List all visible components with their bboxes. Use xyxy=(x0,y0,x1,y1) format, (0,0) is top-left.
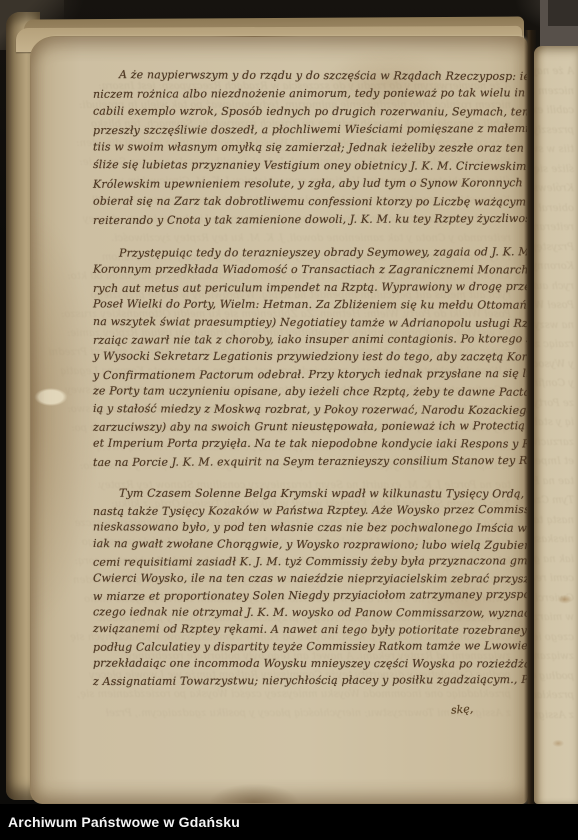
handwriting-line: w miarze et proportionatey Solen Niegdy … xyxy=(93,586,525,605)
handwriting-line: et Imperium Porta przyięła. Na te tak ni… xyxy=(93,435,525,453)
bleedthrough-line: ze Porty tam uczynieniu opisane, aby ież… xyxy=(534,394,574,414)
bleedthrough-line: A że naypierwszym y do rządu y do szczęś… xyxy=(534,62,574,82)
bleedthrough-line: tae na Porcie J. K. M. exquirit na Seym … xyxy=(534,472,574,492)
bleedthrough-line: zarzuciwszy) aby na swoich Grunt nieustę… xyxy=(534,433,574,453)
handwriting-line: Tym Czasem Solenne Belga Krymski wpadł w… xyxy=(93,485,525,503)
caption-bar: Archiwum Państwowe w Gdańsku xyxy=(0,804,578,840)
next-page-sliver: A że naypierwszym y do rządu y do szczęś… xyxy=(534,46,578,804)
handwriting-line: ze Porty tam uczynieniu opisane, aby ież… xyxy=(93,383,525,402)
handwriting-line: tae na Porcie J. K. M. exquirit na Seym … xyxy=(93,452,525,472)
handwriting-line: zarzuciwszy) aby na swoich Grunt nieustę… xyxy=(93,417,525,436)
bleedthrough-line: na wszytek świat praesumptiey) Negotiati… xyxy=(534,316,574,336)
handwriting-line: y Wysocki Sekretarz Legationis przywiedz… xyxy=(93,348,525,366)
handwriting-line: przeszły szczęśliwie doszedł, a płochliw… xyxy=(93,120,525,140)
manuscript-page: A że naypierwszym y do rządu y do szczęś… xyxy=(30,36,528,804)
handwriting-line: na wszytek świat praesumptiey) Negotiati… xyxy=(93,313,525,332)
bleedthrough-line: rych aut metus aut periculum impendet na… xyxy=(534,277,574,297)
handwriting-line: śliże się lubietas przyznaniey Vestigium… xyxy=(93,156,525,176)
handwriting-line: rzaiąc zawarł nie tak z choroby, iako in… xyxy=(93,330,525,349)
handwriting-line: rych aut metus aut periculum impendet na… xyxy=(93,278,525,298)
bleedthrough-line: y Wysocki Sekretarz Legationis przywiedz… xyxy=(534,355,574,375)
bleedthrough-line: tiis w swoim własnym omyłką się zamierza… xyxy=(534,140,574,160)
handwriting-line: Cwierci Woysko, ile na ten czas w naieźd… xyxy=(93,570,525,588)
handwriting-line: czego iednak nie otrzymał J. K. M. woysk… xyxy=(93,604,525,622)
bleedthrough-line: Królewskim upewnieniem resolute, y zgła,… xyxy=(534,179,574,199)
bleedthrough-line: et Imperium Porta przyięła. Na te tak ni… xyxy=(534,452,574,472)
bleedthrough-line: iak na gwałt zwołane Chorągwie, y Woysko… xyxy=(534,550,574,570)
bleedthrough-line: Koronnym przedkłada Wiadomość o Transact… xyxy=(534,257,574,277)
handwriting-line: nieskassowano było, y pod ten własnie cz… xyxy=(93,519,525,537)
handwriting-line: Przystępuiąc tedy do teraznieyszey obrad… xyxy=(93,243,525,262)
handwriting-line: iak na gwałt zwołane Chorągwie, y Woysko… xyxy=(93,535,525,554)
handwriting-line: A że naypierwszym y do rządu y do szczęś… xyxy=(93,66,525,86)
handwriting-line: podług Calculatiey y dispartity teyże Co… xyxy=(93,638,525,657)
bleedthrough-line: podług Calculatiey y dispartity teyże Co… xyxy=(534,667,574,687)
bleedthrough-line: cemi requisitiami zasiadł K. J. M. tyż C… xyxy=(534,569,574,589)
handwriting-line: y Confirmationem Pactorum odebrał. Przy … xyxy=(93,365,525,385)
bleedthrough-line: z Assignatiami Towarzystwu; nierychłości… xyxy=(41,704,511,723)
bleedthrough-line: w miarze et proportionatey Solen Niegdy … xyxy=(534,608,574,628)
bleedthrough-line: cabili exemplo wzrok, Sposób iednych po … xyxy=(534,101,574,121)
bleedthrough-line: z Assignatiami Towarzystwu; nierychłości… xyxy=(534,706,574,726)
paragraph: A że naypierwszym y do rządu y do szczęś… xyxy=(93,67,525,229)
handwriting-line: reiterando y Cnota y tak zamienione dowo… xyxy=(93,210,525,230)
handwriting-line: cemi requisitiami zasiadł K. J. M. tyż C… xyxy=(93,553,525,572)
handwriting-line: z Assignatiami Towarzystwu; nierychłości… xyxy=(93,671,525,690)
handwriting-line: obierał się na Zarz tak dobrotliwemu con… xyxy=(93,193,525,212)
archive-watermark-text: Archiwum Państwowe w Gdańsku xyxy=(0,814,240,830)
paragraph: Przystępuiąc tedy do teraznieyszey obrad… xyxy=(93,244,525,470)
handwriting-line: Koronnym przedkłada Wiadomość o Transact… xyxy=(93,261,525,279)
bleedthrough-line: nastą także Tysięcy Kozaków w Państwa Rz… xyxy=(534,511,574,531)
bleedthrough-line: Tym Czasem Solenne Belga Krymski wpadł w… xyxy=(534,491,574,511)
next-page-bleedthrough: A że naypierwszym y do rządu y do szczęś… xyxy=(534,62,574,725)
bleedthrough-line: przeszły szczęśliwie doszedł, a płochliw… xyxy=(534,121,574,141)
catchword: skę, xyxy=(451,702,474,717)
book-block-edge-dark xyxy=(548,0,578,26)
bleedthrough-line: czego iednak nie otrzymał J. K. M. woysk… xyxy=(534,628,574,648)
bleedthrough-line: Przystępuiąc tedy do teraznieyszey obrad… xyxy=(534,238,574,258)
bleedthrough-line: nieskassowano było, y pod ten własnie cz… xyxy=(534,530,574,550)
handwriting-line: Królewskim upewnieniem resolute, y zgła,… xyxy=(93,174,525,194)
handwriting-line: przekładaiąc one incommoda Woysku mnieys… xyxy=(93,655,525,673)
bleedthrough-line: Poseł Wielki do Porty, Wielm: Hetman. Za… xyxy=(534,296,574,316)
archive-scan: A że naypierwszym y do rządu y do szczęś… xyxy=(0,0,578,840)
bleedthrough-line: śliże się lubietas przyznaniey Vestigium… xyxy=(534,160,574,180)
bleedthrough-line: obierał się na Zarz tak dobrotliwemu con… xyxy=(534,199,574,219)
bleedthrough-line: związanemi od Rzptey rękami. A nawet ani… xyxy=(534,647,574,667)
bleedthrough-line: ią y stałość miedzy z Moskwą rozbrat, y … xyxy=(534,413,574,433)
bleedthrough-line: reiterando y Cnota y tak zamienione dowo… xyxy=(534,218,574,238)
handwriting-line: Poseł Wielki do Porty, Wielm: Hetman. Za… xyxy=(93,296,525,315)
bleedthrough-line: przekładaiąc one incommoda Woysku mnieys… xyxy=(534,686,574,706)
bleedthrough-line: y Confirmationem Pactorum odebrał. Przy … xyxy=(534,374,574,394)
handwriting-line: cabili exemplo wzrok, Sposób iednych po … xyxy=(93,103,525,122)
handwriting-line: niczem rożnica albo niezdnożenie animoru… xyxy=(93,84,525,104)
bleedthrough-line: niczem rożnica albo niezdnożenie animoru… xyxy=(534,82,574,102)
bleedthrough-line: rzaiąc zawarł nie tak z choroby, iako in… xyxy=(534,335,574,355)
handwriting-line: tiis w swoim własnym omyłką się zamierza… xyxy=(93,138,525,157)
book-photograph: A że naypierwszym y do rządu y do szczęś… xyxy=(0,0,578,804)
bleedthrough-line: Cwierci Woysko, ile na ten czas w naieźd… xyxy=(534,589,574,609)
page-text: A że naypierwszym y do rządu y do szczęś… xyxy=(93,67,525,689)
handwriting-line: związanemi od Rzptey rękami. A nawet ani… xyxy=(93,620,525,639)
handwriting-line: nastą także Tysięcy Kozaków w Państwa Rz… xyxy=(93,501,525,520)
handwriting-line: ią y stałość miedzy z Moskwą rozbrat, y … xyxy=(93,400,525,419)
paragraph: Tym Czasem Solenne Belga Krymski wpadł w… xyxy=(93,485,525,689)
